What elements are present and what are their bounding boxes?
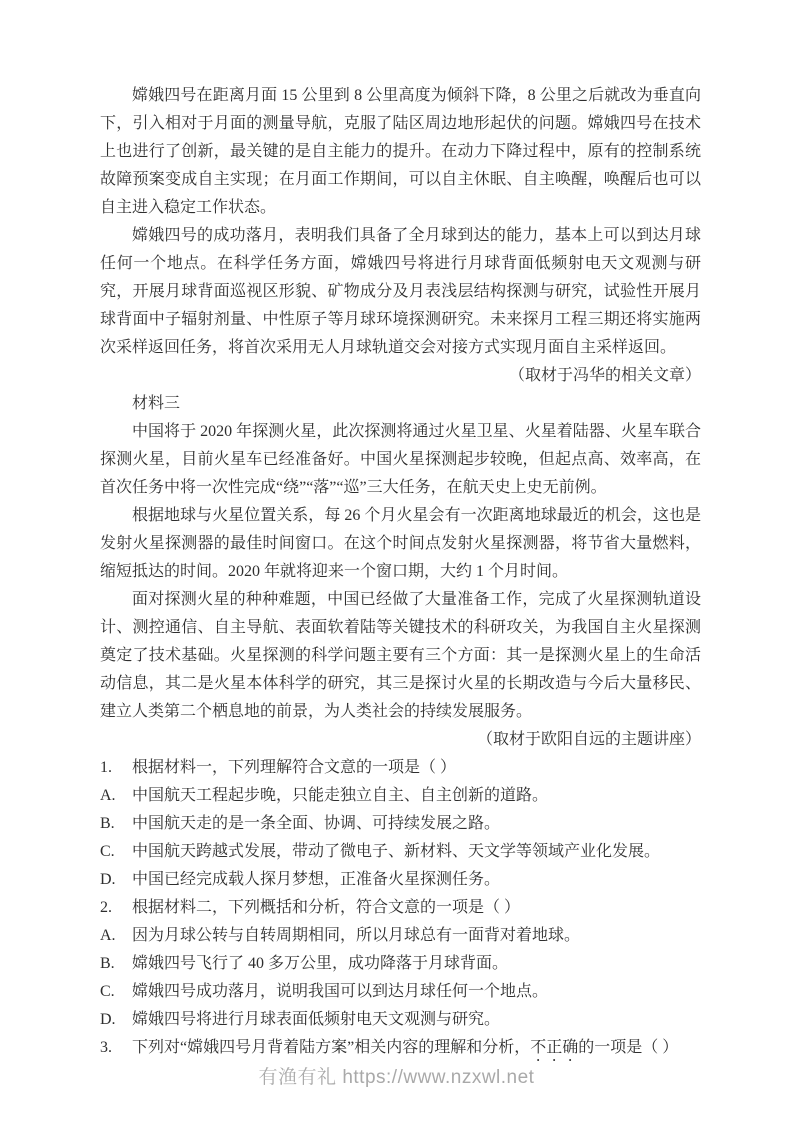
question-text: 下列对“嫦娥四号月背着陆方案”相关内容的理解和分析， [132, 1039, 530, 1056]
body-paragraph: 根据地球与火星位置关系，每 26 个月火星会有一次距离地球最近的机会，这也是发射… [100, 502, 701, 586]
option-label: D. [100, 866, 132, 894]
question-number: 2. [100, 894, 132, 922]
material-heading: 材料三 [100, 390, 701, 418]
option-text: 中国航天工程起步晚，只能走独立自主、自主创新的道路。 [132, 787, 548, 804]
option-text: 因为月球公转与自转周期相同，所以月球总有一面背对着地球。 [132, 927, 580, 944]
question-option: C.嫦娥四号成功落月，说明我国可以到达月球任何一个地点。 [100, 978, 701, 1006]
question-option: D.嫦娥四号将进行月球表面低频射电天文观测与研究。 [100, 1006, 701, 1034]
question-text: 根据材料一，下列理解符合文意的一项是（ ） [132, 759, 456, 776]
question-option: A.因为月球公转与自转周期相同，所以月球总有一面背对着地球。 [100, 922, 701, 950]
question-number: 3. [100, 1034, 132, 1062]
question-stem: 2.根据材料二，下列概括和分析，符合文意的一项是（ ） [100, 894, 701, 922]
option-label: A. [100, 922, 132, 950]
question-option: B.中国航天走的是一条全面、协调、可持续发展之路。 [100, 810, 701, 838]
source-citation: （取材于冯华的相关文章） [100, 362, 701, 390]
source-citation: （取材于欧阳自远的主题讲座） [100, 726, 701, 754]
body-paragraph: 嫦娥四号在距离月面 15 公里到 8 公里高度为倾斜下降，8 公里之后就改为垂直… [100, 82, 701, 222]
option-label: B. [100, 810, 132, 838]
option-label: B. [100, 950, 132, 978]
option-label: D. [100, 1006, 132, 1034]
option-text: 中国航天走的是一条全面、协调、可持续发展之路。 [132, 815, 500, 832]
question-option: C.中国航天跨越式发展，带动了微电子、新材料、天文学等领域产业化发展。 [100, 838, 701, 866]
question-stem: 1.根据材料一，下列理解符合文意的一项是（ ） [100, 754, 701, 782]
body-paragraph: 面对探测火星的种种难题，中国已经做了大量准备工作，完成了火星探测轨道设计、测控通… [100, 586, 701, 726]
option-text: 嫦娥四号成功落月，说明我国可以到达月球任何一个地点。 [132, 983, 548, 1000]
question-option: D.中国已经完成载人探月梦想，正准备火星探测任务。 [100, 866, 701, 894]
option-label: C. [100, 978, 132, 1006]
option-text: 嫦娥四号飞行了 40 多万公里，成功降落于月球背面。 [132, 955, 508, 972]
question-text: 的一项是（ ） [578, 1039, 678, 1056]
option-text: 嫦娥四号将进行月球表面低频射电天文观测与研究。 [132, 1011, 500, 1028]
body-paragraph: 中国将于 2020 年探测火星，此次探测将通过火星卫星、火星着陆器、火星车联合探… [100, 418, 701, 502]
option-text: 中国航天跨越式发展，带动了微电子、新材料、天文学等领域产业化发展。 [132, 843, 660, 860]
option-label: C. [100, 838, 132, 866]
watermark: 有渔有礼 https://www.nzxwl.net [0, 1062, 793, 1089]
question-number: 1. [100, 754, 132, 782]
question-text-emphasis: 不正确 [530, 1039, 578, 1056]
option-label: A. [100, 782, 132, 810]
question-text: 根据材料二，下列概括和分析，符合文意的一项是（ ） [132, 899, 520, 916]
question-option: B.嫦娥四号飞行了 40 多万公里，成功降落于月球背面。 [100, 950, 701, 978]
body-paragraph: 嫦娥四号的成功落月，表明我们具备了全月球到达的能力，基本上可以到达月球任何一个地… [100, 222, 701, 362]
question-option: A.中国航天工程起步晚，只能走独立自主、自主创新的道路。 [100, 782, 701, 810]
question-stem: 3.下列对“嫦娥四号月背着陆方案”相关内容的理解和分析，不正确的一项是（ ） [100, 1034, 701, 1065]
option-text: 中国已经完成载人探月梦想，正准备火星探测任务。 [132, 871, 500, 888]
document-page: 嫦娥四号在距离月面 15 公里到 8 公里高度为倾斜下降，8 公里之后就改为垂直… [100, 82, 701, 1065]
